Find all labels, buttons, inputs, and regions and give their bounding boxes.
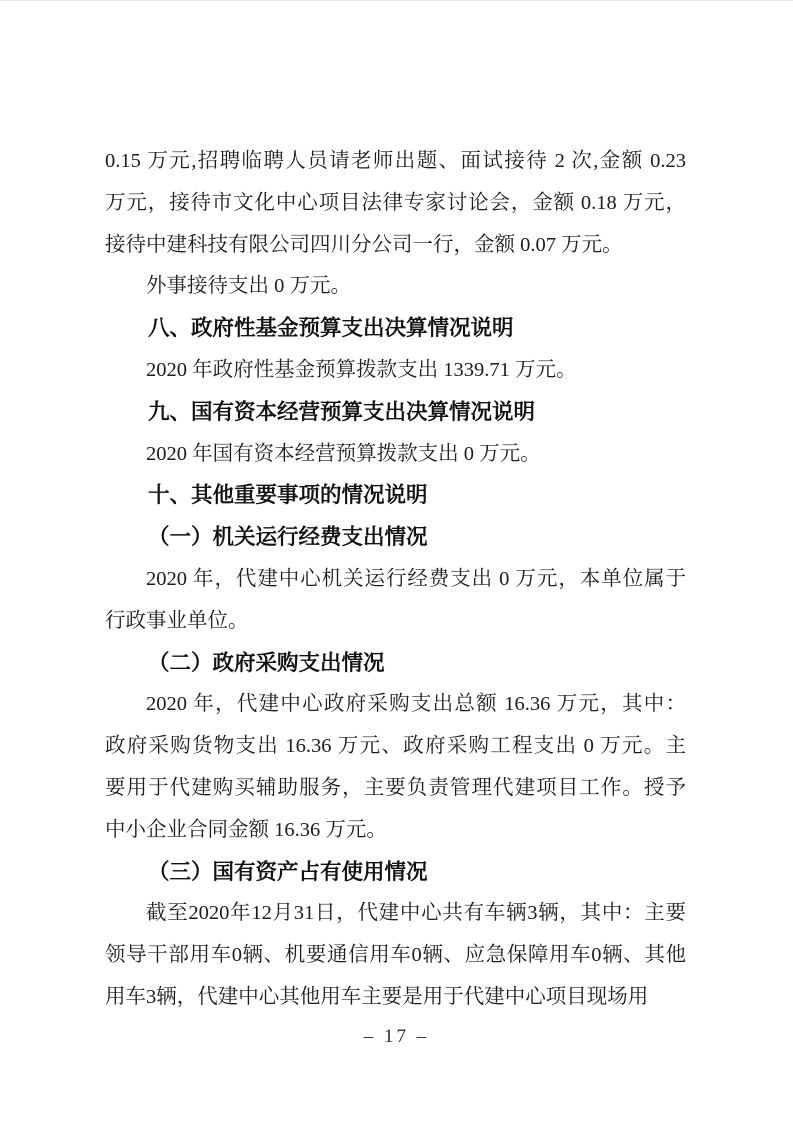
body-paragraph: 2020 年政府性基金预算拨款支出 1339.71 万元。 — [105, 350, 686, 392]
text-line: 2020 年，代建中心机关运行经费支出 0 万元，本单位属于 — [105, 559, 686, 601]
text-line: 接待中建科技有限公司四川分公司一行，金额 0.07 万元。 — [105, 225, 686, 267]
text-line: 万元，接待市文化中心项目法律专家讨论会，金额 0.18 万元， — [105, 183, 686, 225]
text-line: 政府采购货物支出 16.36 万元、政府采购工程支出 0 万元。主 — [105, 726, 686, 768]
text-line: （二）政府采购支出情况 — [105, 643, 686, 685]
text-line: 领导干部用车0辆、机要通信用车0辆、应急保障用车0辆、其他 — [105, 935, 686, 977]
subsection-heading: （三）国有资产占有使用情况 — [105, 852, 686, 894]
text-line: （一）机关运行经费支出情况 — [105, 517, 686, 559]
text-line: 外事接待支出 0 万元。 — [105, 266, 686, 308]
body-paragraph: 2020 年，代建中心机关运行经费支出 0 万元，本单位属于行政事业单位。 — [105, 559, 686, 643]
section-heading: 八、政府性基金预算支出决算情况说明 — [105, 308, 686, 350]
text-line: 中小企业合同金额 16.36 万元。 — [105, 810, 686, 852]
document-content: 0.15 万元,招聘临聘人员请老师出题、面试接待 2 次,金额 0.23万元，接… — [105, 141, 686, 1019]
text-line: 九、国有资本经营预算支出决算情况说明 — [105, 392, 686, 434]
body-paragraph: 0.15 万元,招聘临聘人员请老师出题、面试接待 2 次,金额 0.23万元，接… — [105, 141, 686, 266]
section-heading: 九、国有资本经营预算支出决算情况说明 — [105, 392, 686, 434]
body-paragraph: 2020 年，代建中心政府采购支出总额 16.36 万元，其中：政府采购货物支出… — [105, 684, 686, 851]
text-line: 0.15 万元,招聘临聘人员请老师出题、面试接待 2 次,金额 0.23 — [105, 141, 686, 183]
text-line: 2020 年国有资本经营预算拨款支出 0 万元。 — [105, 434, 686, 476]
text-line: 2020 年政府性基金预算拨款支出 1339.71 万元。 — [105, 350, 686, 392]
subsection-heading: （一）机关运行经费支出情况 — [105, 517, 686, 559]
text-line: 要用于代建购买辅助服务，主要负责管理代建项目工作。授予 — [105, 768, 686, 810]
text-line: 八、政府性基金预算支出决算情况说明 — [105, 308, 686, 350]
body-paragraph: 2020 年国有资本经营预算拨款支出 0 万元。 — [105, 434, 686, 476]
text-line: （三）国有资产占有使用情况 — [105, 852, 686, 894]
body-paragraph: 外事接待支出 0 万元。 — [105, 266, 686, 308]
body-paragraph: 截至2020年12月31日，代建中心共有车辆3辆，其中：主要领导干部用车0辆、机… — [105, 893, 686, 1018]
text-line: 行政事业单位。 — [105, 601, 686, 643]
page-number: – 17 – — [364, 1026, 430, 1047]
document-page: 0.15 万元,招聘临聘人员请老师出题、面试接待 2 次,金额 0.23万元，接… — [0, 0, 793, 1122]
text-line: 十、其他重要事项的情况说明 — [105, 475, 686, 517]
text-line: 用车3辆，代建中心其他用车主要是用于代建中心项目现场用 — [105, 977, 686, 1019]
subsection-heading: （二）政府采购支出情况 — [105, 643, 686, 685]
text-line: 截至2020年12月31日，代建中心共有车辆3辆，其中：主要 — [105, 893, 686, 935]
page-top-edge — [0, 0, 793, 1]
section-heading: 十、其他重要事项的情况说明 — [105, 475, 686, 517]
page-footer: – 17 – — [0, 1026, 793, 1048]
text-line: 2020 年，代建中心政府采购支出总额 16.36 万元，其中： — [105, 684, 686, 726]
